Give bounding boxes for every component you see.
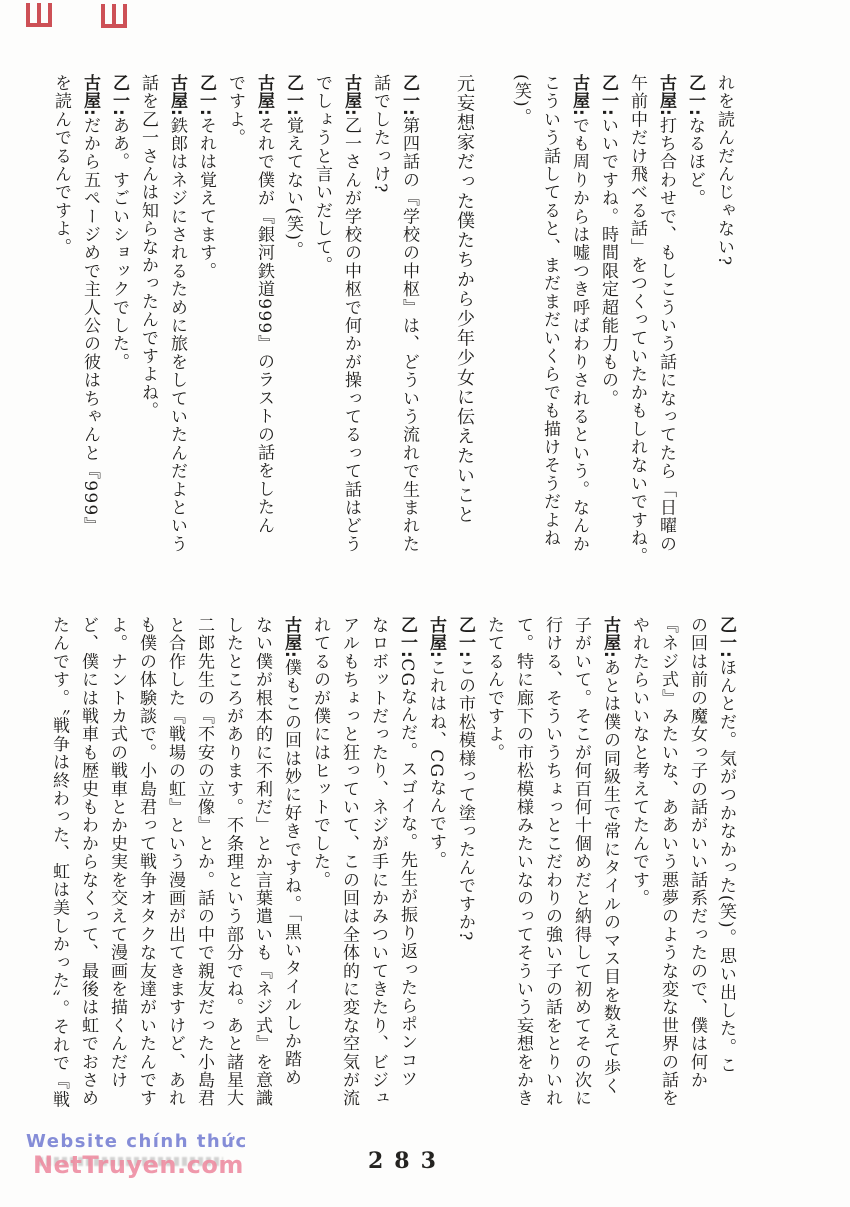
speaker-label: 乙一: <box>109 74 129 116</box>
speaker-label: 古屋: <box>80 74 100 116</box>
dialogue-column: アルもちょっと狂っていて、この回は全体的に変な空気が流 <box>334 616 363 1124</box>
interview-text-block-bottom: 乙一:ほんとだ。気がつかなかった(笑)。思い出した。この回は前の魔女っ子の話がい… <box>44 616 740 1124</box>
dialogue-column: よ。ナントカ式の戦車とか史実を交えて漫画を描くんだけ <box>102 616 131 1124</box>
dialogue-column: したところがあります。不条理という部分でね。あと諸星大 <box>218 616 247 1124</box>
red-stamp-shape <box>101 4 127 28</box>
watermark-site-name: NetTruyen.com <box>33 1152 248 1178</box>
dialogue-column: 二郎先生の『不安の立像』とか。話の中で親友だった小島君 <box>189 616 218 1124</box>
dialogue-column: 乙一:ああ。すごいショックでした。 <box>104 74 133 582</box>
red-stamp-shape <box>26 3 52 27</box>
interview-text-block-top: れを読んだんじゃない?乙一:なるほど。古屋:打ち合わせで、もしこういう話になって… <box>46 74 738 582</box>
dialogue-column: れてるのが僕にはヒットでした。 <box>305 616 334 1124</box>
speaker-label: 乙一: <box>196 74 216 116</box>
dialogue-column: ない僕が根本的に不利だ」とか言葉遣いも『ネジ式』を意識 <box>247 616 276 1124</box>
dialogue-column: 『ネジ式』みたいな、ああいう悪夢のような変な世界の話を <box>653 616 682 1124</box>
speaker-label: 乙一: <box>685 74 705 116</box>
dialogue-column: 午前中だけ飛べる話」をつくっていたかもしれないですね。 <box>622 74 651 582</box>
dialogue-column: 古屋:それで僕が『銀河鉄道999』のラストの話をしたん <box>249 74 278 582</box>
speaker-label: 古屋: <box>167 74 187 116</box>
dialogue-column: 子がいて。そこが何百何十個めだと納得して初めてその次に <box>566 616 595 1124</box>
dialogue-column: たてるんですよ。 <box>479 616 508 1124</box>
dialogue-column: ど、僕には戦車も歴史もわからなくって、最後は虹でおさめ <box>73 616 102 1124</box>
speaker-label: 乙一: <box>399 74 419 116</box>
dialogue-column: 古屋:鉄郎はネジにされるために旅をしていたんだよという <box>162 74 191 582</box>
dialogue-column: ですよ。 <box>220 74 249 582</box>
dialogue-column: 乙一:覚えてない(笑)。 <box>278 74 307 582</box>
dialogue-column: なロボットだったり、ネジが手にかみついてきたり、ビジュ <box>363 616 392 1124</box>
page-number: 283 <box>368 1148 447 1174</box>
dialogue-column: こういう話してると、まだまだいくらでも描けそうだよね <box>535 74 564 582</box>
dialogue-column: の回は前の魔女っ子の話がいい話系だったので、僕は何か <box>682 616 711 1124</box>
dialogue-column: を読んでるんですよ。 <box>46 74 75 582</box>
red-stamp-mark <box>26 3 52 27</box>
red-stamp-mark <box>101 4 127 28</box>
speaker-label: 乙一: <box>455 616 475 658</box>
speaker-label: 乙一: <box>283 74 303 116</box>
dialogue-column: 乙一:ほんとだ。気がつかなかった(笑)。思い出した。こ <box>711 616 740 1124</box>
dialogue-column: れを読んだんじゃない? <box>709 74 738 582</box>
dialogue-column: 古屋:でも周りからは嘘つき呼ばわりされるという。なんか <box>564 74 593 582</box>
dialogue-column: 話でしたっけ? <box>365 74 394 582</box>
dialogue-column: 古屋:僕もこの回は妙に好きですね。「黒いタイルしか踏め <box>276 616 305 1124</box>
dialogue-column: 乙一:それは覚えてます。 <box>191 74 220 582</box>
dialogue-column: 乙一:CGなんだ。スゴイな。先生が振り返ったらポンコツ <box>392 616 421 1124</box>
dialogue-column: でしょうと言いだして。 <box>307 74 336 582</box>
section-heading: 元妄想家だった僕たちから少年少女に伝えたいこと <box>450 74 479 582</box>
dialogue-column: 乙一:この市松模様って塗ったんですか? <box>450 616 479 1124</box>
dialogue-column: 乙一:第四話の『学校の中枢』は、どういう流れで生まれた <box>394 74 423 582</box>
dialogue-column: 乙一:なるほど。 <box>680 74 709 582</box>
dialogue-column: 古屋:これはね、CGなんです。 <box>421 616 450 1124</box>
dialogue-column: やれたらいいなと考えてたんです。 <box>624 616 653 1124</box>
speaker-label: 乙一: <box>397 616 417 658</box>
speaker-label: 古屋: <box>569 74 589 116</box>
speaker-label: 古屋: <box>600 616 620 658</box>
dialogue-column: 乙一:いいですね。時間限定超能力もの。 <box>593 74 622 582</box>
dialogue-column: 古屋:あとは僕の同級生で常にタイルのマス目を数えて歩く <box>595 616 624 1124</box>
dialogue-column: 行ける、そういうちょっとこだわりの強い子の話をとりいれ <box>537 616 566 1124</box>
dialogue-column: 古屋:乙一さんが学校の中枢で何かが操ってるって話はどう <box>336 74 365 582</box>
dialogue-column: 古屋:打ち合わせで、もしこういう話になってたら「日曜の <box>651 74 680 582</box>
speaker-label: 乙一: <box>598 74 618 116</box>
dialogue-column: たんです。〝戦争は終わった、虹は美しかった〟。それで『戦 <box>44 616 73 1124</box>
watermark-site-label: Website chính thức <box>26 1132 248 1152</box>
dialogue-column: て。特に廊下の市松模様みたいなのってそういう妄想をかき <box>508 616 537 1124</box>
speaker-label: 古屋: <box>426 616 446 658</box>
speaker-label: 古屋: <box>281 616 301 658</box>
speaker-label: 乙一: <box>716 616 736 658</box>
speaker-label: 古屋: <box>656 74 676 116</box>
speaker-label: 古屋: <box>341 74 361 116</box>
dialogue-column: と合作した『戦場の虹』という漫画が出てきますけど、あれ <box>160 616 189 1124</box>
speaker-label: 古屋: <box>254 74 274 116</box>
dialogue-column: 古屋:だから五ページめで主人公の彼はちゃんと『999』 <box>75 74 104 582</box>
dialogue-column: も僕の体験談で。小島君って戦争オタクな友達がいたんです <box>131 616 160 1124</box>
site-watermark: Website chính thức NetTruyen.com <box>26 1132 248 1178</box>
dialogue-column: 話を乙一さんは知らなかったんですよね。 <box>133 74 162 582</box>
dialogue-column: (笑)。 <box>506 74 535 582</box>
